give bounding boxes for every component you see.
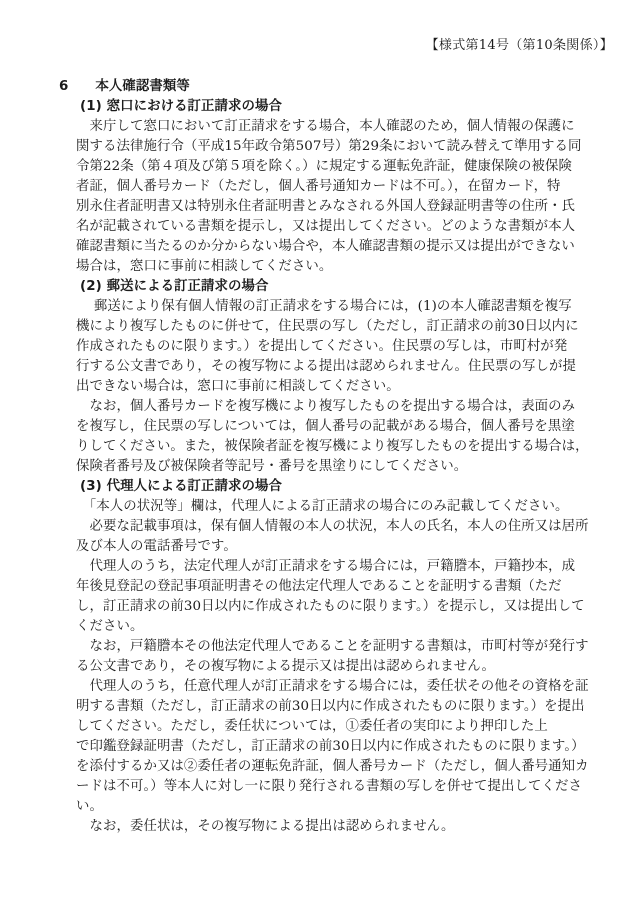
form-reference-note: 【様式第14号（第10条関係）】 [426,34,613,53]
text-line: 関する法律施行令（平成15年政令第507号）第29条において読み替えて準用する同 [76,137,619,157]
text-line: 「本人の状況等」欄は，代理人による訂正請求の場合にのみ記載してください。 [76,497,619,517]
text-line: 別永住者証明書又は特別永住者証明書とみなされる外国人登録証明書等の住所・氏 [76,197,619,217]
text-line: してください。ただし，委任状については，①委任者の実印により押印した上 [76,717,619,737]
document-body: 6 本人確認書類等 (1) 窓口における訂正請求の場合 来庁して窓口において訂正… [59,77,619,837]
section-2-heading: (2) 郵送による訂正請求の場合 [80,277,619,297]
text-line: 明する書類（ただし，訂正請求の前30日以内に作成されたものに限ります。）を提出 [76,697,619,717]
text-line: 保険者番号及び被保険者等記号・番号を黒塗りにしてください。 [76,457,619,477]
text-line: で印鑑登録証明書（ただし，訂正請求の前30日以内に作成されたものに限ります。） [76,737,619,757]
text-line: る公文書であり，その複写物による提示又は提出は認められません。 [76,657,619,677]
document-page: 【様式第14号（第10条関係）】 6 本人確認書類等 (1) 窓口における訂正請… [0,0,630,903]
text-line: 郵送により保有個人情報の訂正請求をする場合には，(1)の本人確認書類を複写 [76,297,619,317]
text-line: 代理人のうち，任意代理人が訂正請求をする場合には，委任状その他その資格を証 [76,677,619,697]
text-line: 場合は，窓口に事前に相談してください。 [76,257,619,277]
text-line: 及び本人の電話番号です。 [76,537,619,557]
text-line: なお，戸籍謄本その他法定代理人であることを証明する書類は，市町村等が発行す [76,637,619,657]
text-line: 確認書類に当たるのか分からない場合や，本人確認書類の提示又は提出ができない [76,237,619,257]
text-line: 名が記載されている書類を提示し，又は提出してください。どのような書類が本人 [76,217,619,237]
text-line: 作成されたものに限ります。）を提出してください。住民票の写しは，市町村が発 [76,337,619,357]
text-line: 出できない場合は，窓口に事前に相談してください。 [76,377,619,397]
text-line: 来庁して窓口において訂正請求をする場合，本人確認のため，個人情報の保護に [76,117,619,137]
document-title: 6 本人確認書類等 [59,77,619,97]
text-line: りしてください。また，被保険者証を複写機により複写したものを提出する場合は， [76,437,619,457]
section-1-heading: (1) 窓口における訂正請求の場合 [80,97,619,117]
text-line: 機により複写したものに併せて，住民票の写し（ただし，訂正請求の前30日以内に [76,317,619,337]
section-3-heading: (3) 代理人による訂正請求の場合 [80,477,619,497]
text-line: を添付するか又は②委任者の運転免許証，個人番号カード（ただし，個人番号通知カ [76,757,619,777]
text-line: 代理人のうち，法定代理人が訂正請求をする場合には，戸籍謄本，戸籍抄本，成 [76,557,619,577]
text-line: い。 [76,797,619,817]
text-line: 者証，個人番号カード（ただし，個人番号通知カードは不可。），在留カード，特 [76,177,619,197]
text-line: 令第22条（第４項及び第５項を除く。）に規定する運転免許証，健康保険の被保険 [76,157,619,177]
text-line: し，訂正請求の前30日以内に作成されたものに限ります。）を提示し，又は提出して [76,597,619,617]
text-line: 年後見登記の登記事項証明書その他法定代理人であることを証明する書類（ただ [76,577,619,597]
text-line: 行する公文書であり，その複写物による提出は認められません。住民票の写しが提 [76,357,619,377]
text-line: ードは不可。）等本人に対し一に限り発行される書類の写しを併せて提出してくださ [76,777,619,797]
text-line: なお，委任状は，その複写物による提出は認められません。 [76,817,619,837]
text-line: 必要な記載事項は，保有個人情報の本人の状況，本人の氏名，本人の住所又は居所 [76,517,619,537]
text-line: なお，個人番号カードを複写機により複写したものを提出する場合は，表面のみ [76,397,619,417]
text-line: ください。 [76,617,619,637]
text-line: を複写し，住民票の写しについては，個人番号の記載がある場合，個人番号を黒塗 [76,417,619,437]
